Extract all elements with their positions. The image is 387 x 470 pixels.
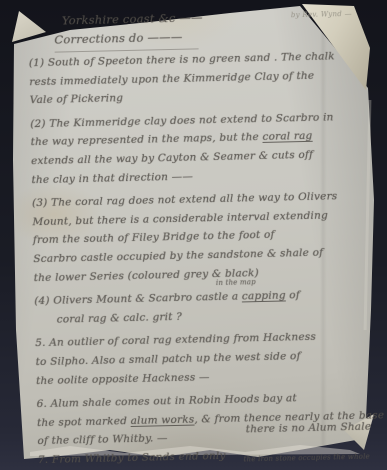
photo-background: Yorkshire coast &c —— by Rev. Wynd — Cor… [0, 0, 387, 470]
interlined-note: in the map [216, 278, 256, 287]
line-text: the spot marked [37, 415, 131, 429]
interlined-note: the iron stone occupies the whole [243, 452, 370, 470]
line-text: (2) The Kimmeridge clay does not extend … [30, 111, 334, 130]
underlined-phrase: coral rag [262, 130, 312, 143]
handwritten-text-block: Yorkshire coast &c —— by Rev. Wynd — Cor… [28, 7, 376, 470]
underlined-phrase: capping [242, 290, 286, 303]
line-text: the oolite opposite Hackness — [36, 371, 210, 387]
line-text-right: there is no Alum Shale [246, 421, 372, 442]
pencil-byline: by Rev. Wynd — [291, 7, 352, 19]
page-subtitle: Corrections do ——— [54, 29, 199, 52]
line-text: the clay in that direction —— [31, 170, 193, 186]
line-text: 5. An outlier of coral rag extending fro… [35, 331, 316, 349]
line-text: coral rag & calc. grit ? [57, 311, 183, 326]
line-text: Vale of Pickering [30, 92, 124, 106]
line-text: (3) The coral rag does not extend all th… [32, 190, 338, 209]
line-text: 7. From Whitby to Sands end only [38, 450, 226, 470]
page-title: Yorkshire coast &c —— [62, 10, 203, 27]
line-text: of [286, 289, 300, 301]
underlined-phrase: alum works [130, 413, 194, 426]
line-text: (4) Olivers Mount & Scarbro castle a [34, 291, 242, 308]
line-text: 6. Alum shale comes out in Robin Hoods b… [36, 392, 296, 410]
line-text: (1) South of Speeton there is no green s… [29, 50, 335, 69]
